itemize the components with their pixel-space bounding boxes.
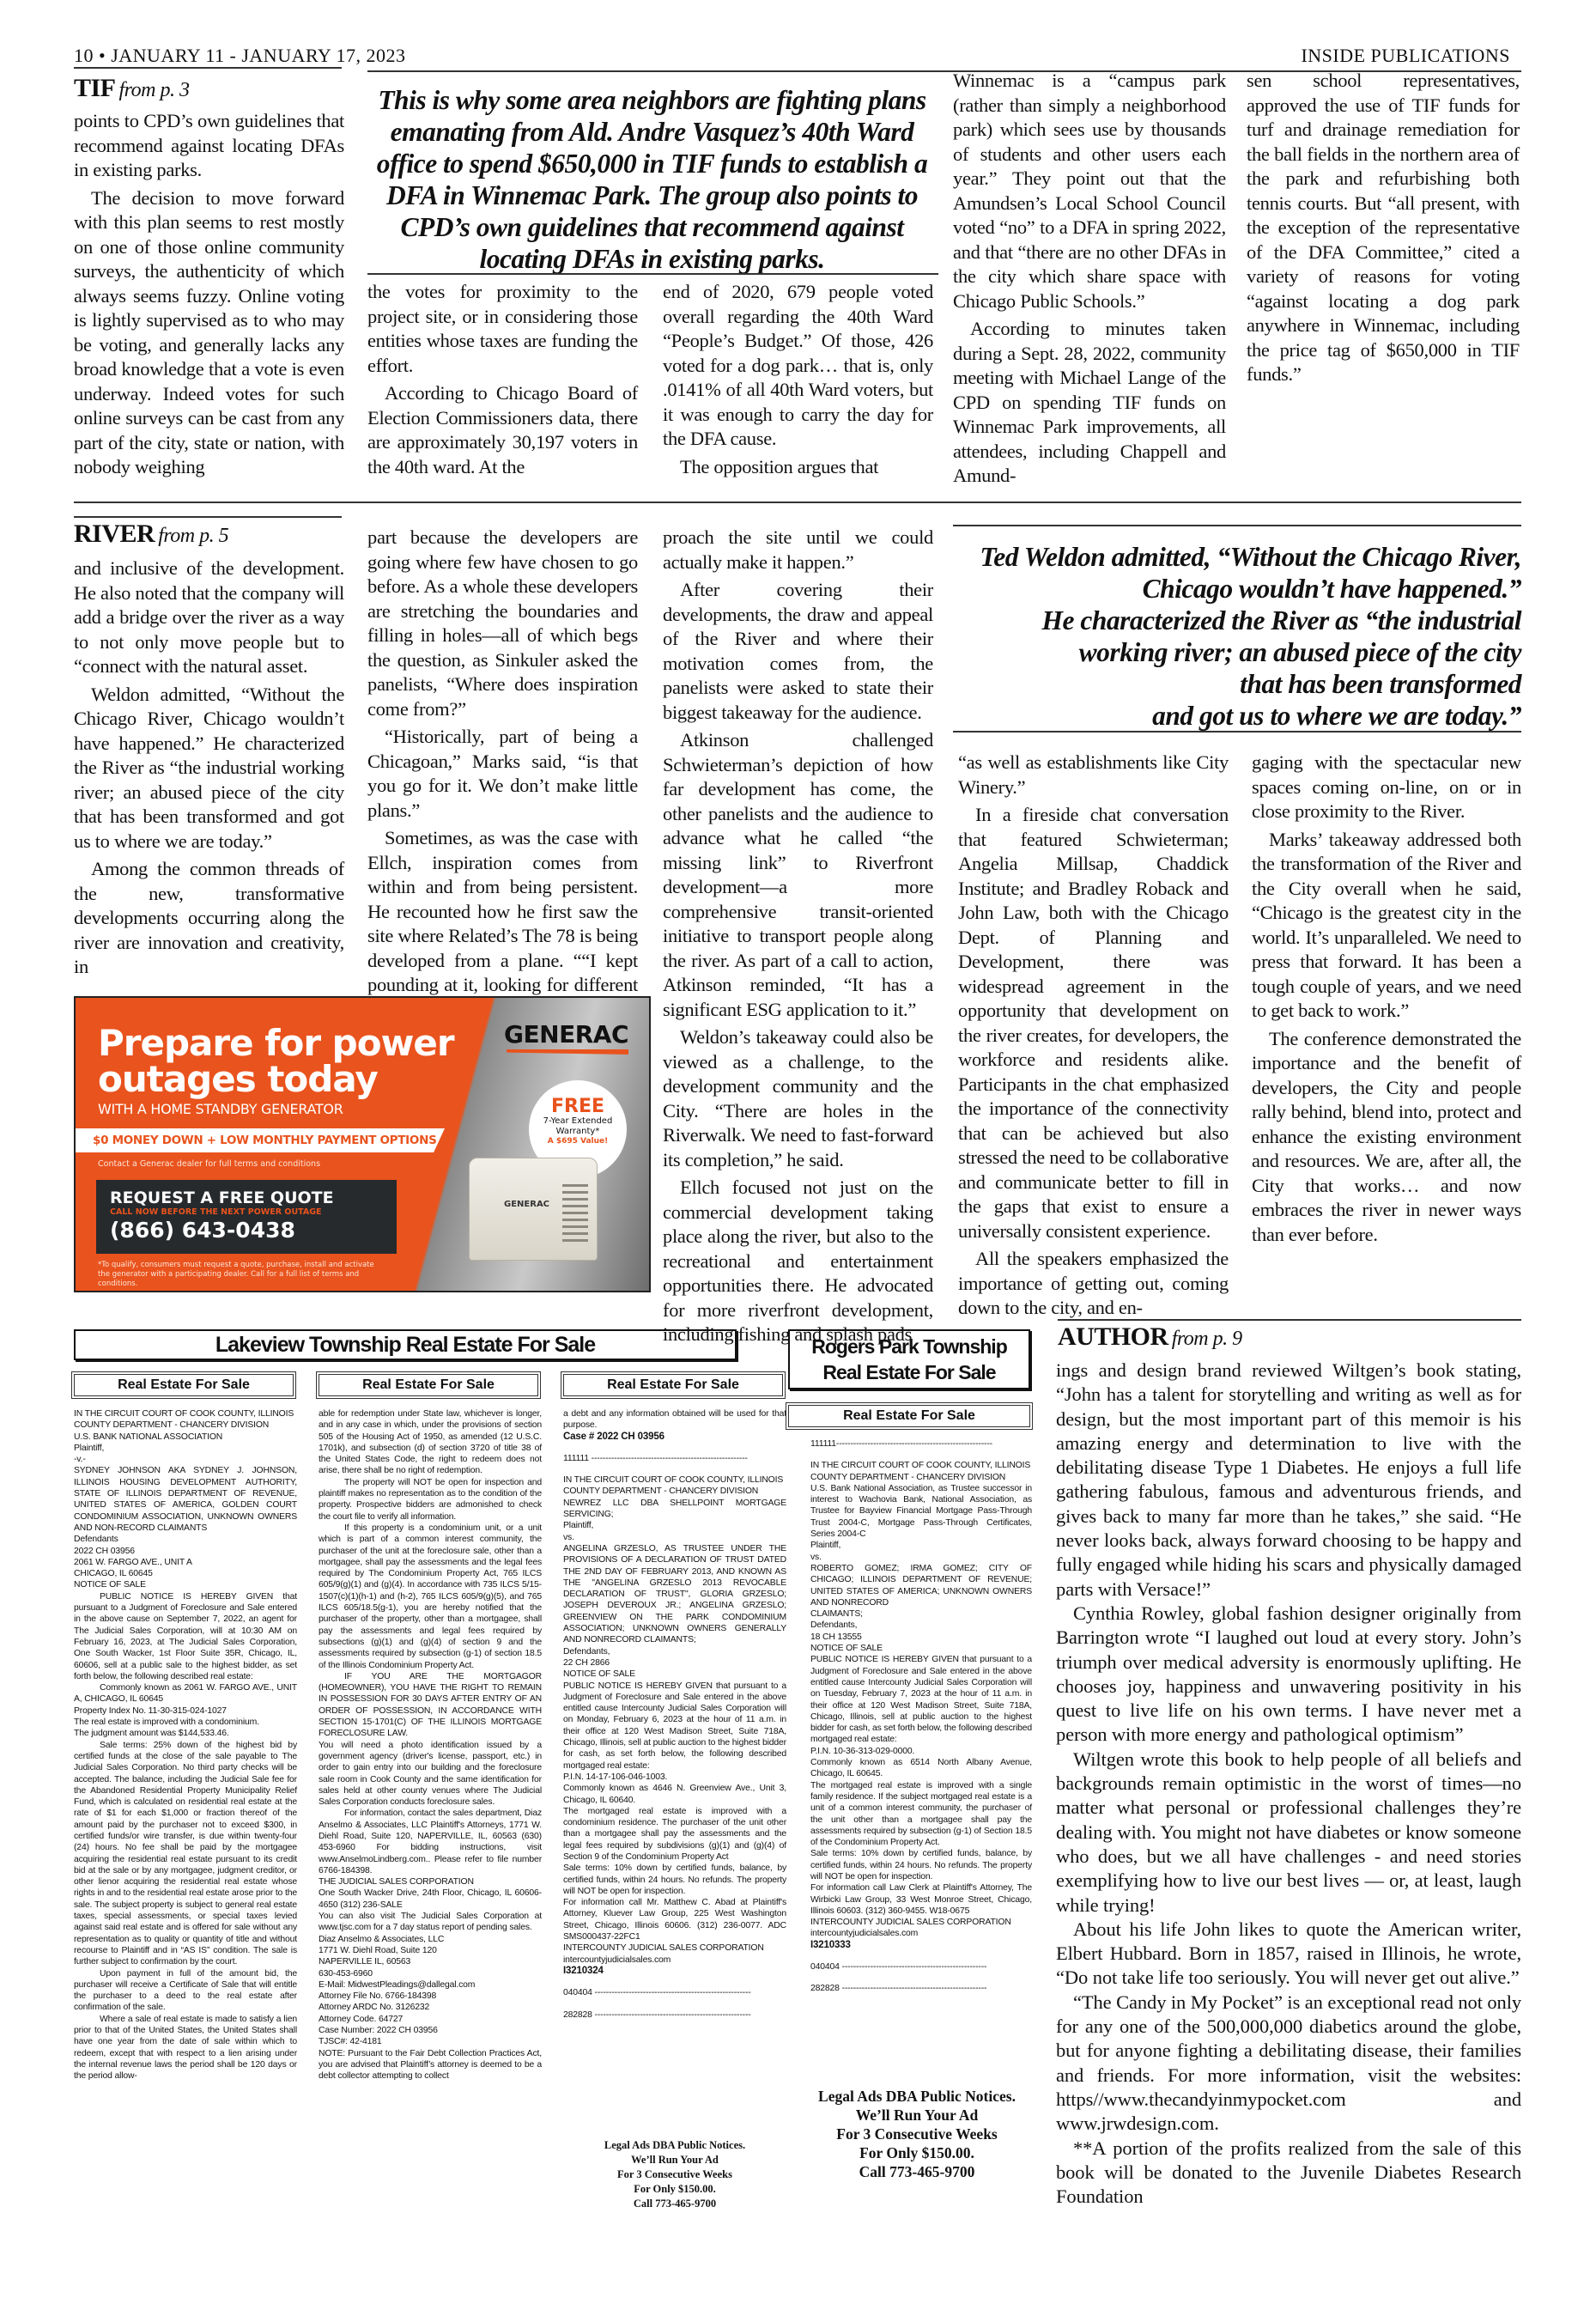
river-jump-label: RIVER [74, 520, 155, 548]
ad-quote-box[interactable]: REQUEST A FREE QUOTE CALL NOW BEFORE THE… [96, 1180, 397, 1254]
promo-phone[interactable]: Call 773-465-9700 [798, 2162, 1035, 2181]
lakeview-legal-ads-promo: Legal Ads DBA Public Notices. We’ll Run … [563, 2138, 786, 2211]
lakeview-notice-column-1: IN THE CIRCUIT COURT OF COOK COUNTY, ILL… [74, 1408, 297, 2082]
legal-line: PUBLIC NOTICE IS HEREBY GIVEN that pursu… [563, 1681, 786, 1772]
author-jump-head: AUTHORfrom p. 9 [1058, 1322, 1242, 1352]
legal-line: NOTICE OF SALE [810, 1643, 1032, 1654]
lakeview-section-title: Lakeview Township Real Estate For Sale [74, 1329, 737, 1360]
legal-line: E-Mail: MidwestPleadings@dallegal.com [319, 1979, 542, 1991]
separator-line: 111111----------------------------------… [810, 1438, 1032, 1450]
pull-quote-line: that has been transformed [953, 668, 1521, 700]
paragraph: the votes for proximity to the project s… [367, 280, 638, 378]
legal-line: Commonly known as 4646 N. Greenview Ave.… [563, 1783, 786, 1806]
separator-line: 282828 ---------------------------------… [563, 2009, 786, 2021]
legal-line: ROBERTO GOMEZ; IRMA GOMEZ; CITY OF CHICA… [810, 1563, 1032, 1608]
tif-column-4: Winnemac is a “campus park (rather than … [953, 69, 1226, 492]
promo-phone[interactable]: Call 773-465-9700 [563, 2197, 786, 2211]
ad-fine-print: *To qualify, consumers must request a qu… [98, 1261, 381, 1289]
tif-column-2: the votes for proximity to the project s… [367, 280, 638, 483]
legal-line: -v.- [74, 1454, 297, 1465]
legal-line: IN THE CIRCUIT COURT OF COOK COUNTY, ILL… [563, 1474, 786, 1486]
legal-line: Plaintiff, [74, 1443, 297, 1454]
generator-image-icon: GENERAC [469, 1158, 598, 1261]
paragraph: Cynthia Rowley, global fashion designer … [1056, 1602, 1521, 1748]
legal-line: If this property is a condominium unit, … [319, 1523, 542, 1671]
section-divider [74, 502, 1521, 503]
legal-line: Diaz Anselmo & Associates, LLC [319, 1934, 542, 1945]
paragraph: Weldon’s takeaway could also be viewed a… [663, 1025, 933, 1172]
legal-line: Property Index No. 11-30-315-024-1027 [74, 1705, 297, 1717]
paragraph: The decision to move forward with this p… [74, 186, 344, 480]
paragraph: Wiltgen wrote this book to help people o… [1056, 1748, 1521, 1918]
paragraph: The opposition argues that [663, 455, 933, 480]
legal-line: The judgment amount was $144,533.46. [74, 1728, 297, 1739]
river-column-2: part because the developers are going wh… [367, 526, 638, 1025]
river-head-rule [74, 516, 342, 518]
legal-line: THE JUDICIAL SALES CORPORATION [319, 1876, 542, 1888]
legal-line: Sale terms: 10% down by certified funds,… [563, 1863, 786, 1897]
paragraph: Weldon admitted, “Without the Chicago Ri… [74, 683, 344, 854]
legal-line: Commonly known as 6514 North Albany Aven… [810, 1757, 1032, 1780]
legal-line: intercountyjudicialsales.com [810, 1928, 1032, 1939]
legal-line: The real estate is improved with a condo… [74, 1717, 297, 1728]
burst-value: A $695 Value! [532, 1137, 623, 1146]
separator-line: 111111 ---------------------------------… [563, 1453, 786, 1464]
legal-line: Defendants, [563, 1646, 786, 1657]
ad-contact-note: Contact a Generac dealer for full terms … [98, 1159, 320, 1169]
separator-line: 282828 ---------------------------------… [810, 1983, 1032, 1994]
legal-line: PUBLIC NOTICE IS HEREBY GIVEN that pursu… [74, 1591, 297, 1682]
ad-cta-title: REQUEST A FREE QUOTE [110, 1188, 383, 1207]
legal-line: SYDNEY JOHNSON AKA SYDNEY J. JOHNSON, IL… [74, 1465, 297, 1534]
legal-line: For information, contact the sales depar… [319, 1808, 542, 1876]
notice-id: I3210333 [810, 1940, 1032, 1951]
ad-financing-banner: $0 MONEY DOWN + LOW MONTHLY PAYMENT OPTI… [76, 1128, 445, 1152]
lakeview-subtitle-1: Real Estate For Sale [74, 1374, 294, 1396]
legal-line: Plaintiff, [810, 1540, 1032, 1551]
legal-line: P.I.N. 14-17-106-046-1003. [563, 1772, 786, 1783]
legal-line: Defendants, [810, 1620, 1032, 1631]
legal-line: INTERCOUNTY JUDICIAL SALES CORPORATION [563, 1942, 786, 1954]
promo-line: Legal Ads DBA Public Notices. [798, 2087, 1035, 2106]
paragraph: part because the developers are going wh… [367, 526, 638, 721]
legal-line: Attorney Code. 64727 [319, 2014, 542, 2025]
pull-quote-line: working river; an abused piece of the ci… [953, 636, 1521, 668]
legal-line: Sale terms: 10% down by certified funds,… [810, 1848, 1032, 1882]
ad-phone[interactable]: (866) 643-0438 [110, 1218, 383, 1243]
legal-line: CHICAGO, IL 60645 [74, 1568, 297, 1579]
legal-line: COUNTY DEPARTMENT - CHANCERY DIVISION [563, 1486, 786, 1497]
tif-jump-from: from p. 3 [119, 79, 190, 101]
paragraph: Ellch focused not just on the commercial… [663, 1176, 933, 1347]
ad-headline: Prepare for power outages today [98, 1025, 454, 1097]
tif-column-5: sen school representatives, approved the… [1247, 69, 1520, 391]
paragraph: “The Candy in My Pocket” is an exception… [1056, 1991, 1521, 2137]
paragraph: According to Chicago Board of Election C… [367, 381, 638, 479]
legal-line: For information call Law Clerk at Plaint… [810, 1882, 1032, 1917]
paragraph: The conference demonstrated the importan… [1252, 1027, 1521, 1248]
author-head-rule [1058, 1319, 1521, 1321]
pull-quote-line: Ted Weldon admitted, “Without the Chicag… [953, 541, 1521, 573]
lakeview-subtitle-2: Real Estate For Sale [319, 1374, 538, 1396]
paragraph: gaging with the spectacular new spaces c… [1252, 751, 1521, 824]
generator-label: GENERAC [504, 1200, 549, 1209]
legal-line: able for redemption under State law, whi… [319, 1408, 542, 1477]
pull-quote-rule [367, 273, 938, 275]
promo-line: We’ll Run Your Ad [563, 2153, 786, 2167]
legal-line: One South Wacker Drive, 24th Floor, Chic… [319, 1888, 542, 1911]
spacer [810, 1450, 1032, 1460]
spacer [563, 1999, 786, 2009]
paragraph: “as well as establishments like City Win… [958, 751, 1229, 799]
lakeview-subtitle-3: Real Estate For Sale [563, 1374, 783, 1396]
rogers-park-subtitle: Real Estate For Sale [788, 1405, 1030, 1427]
paragraph: Marks’ takeaway addressed both the trans… [1252, 828, 1521, 1024]
generac-advertisement[interactable]: Prepare for power outages today WITH A H… [74, 996, 651, 1292]
tif-jump-head: TIFfrom p. 3 [74, 74, 189, 103]
header-rule-left [74, 67, 342, 69]
title-line: Rogers Park Township [790, 1334, 1029, 1359]
legal-line: COUNTY DEPARTMENT - CHANCERY DIVISION [810, 1472, 1032, 1483]
paragraph: proach the site until we could actually … [663, 526, 933, 574]
promo-line: For Only $150.00. [563, 2182, 786, 2197]
burst-line: 7-Year Extended [532, 1116, 623, 1127]
spacer [563, 1977, 786, 1987]
legal-line: NAPERVILLE IL, 60563 [319, 1956, 542, 1967]
rogers-park-notice-column: 111111----------------------------------… [810, 1438, 1032, 1995]
legal-line: NOTICE OF SALE [74, 1579, 297, 1590]
legal-line: Upon payment in full of the amount bid, … [74, 1968, 297, 2014]
legal-line: 22 CH 2866 [563, 1657, 786, 1669]
legal-line: U.S. BANK NATIONAL ASSOCIATION [74, 1432, 297, 1443]
legal-line: 630-453-6960 [319, 1968, 542, 1979]
pull-quote-line: He characterized the River as “the indus… [953, 605, 1521, 636]
legal-line: NOTICE OF SALE [563, 1669, 786, 1680]
legal-line: vs. [810, 1552, 1032, 1563]
separator-line: 040404 ---------------------------------… [563, 1987, 786, 1998]
author-jump-from: from p. 9 [1172, 1328, 1242, 1350]
burst-line: Warranty* [532, 1127, 623, 1137]
author-jump-label: AUTHOR [1058, 1322, 1168, 1351]
paragraph: “Historically, part of being a Chicagoan… [367, 725, 638, 823]
paragraph: After covering their developments, the d… [663, 578, 933, 725]
promo-line: Legal Ads DBA Public Notices. [563, 2138, 786, 2153]
author-article-body: ings and design brand reviewed Wiltgen’s… [1056, 1359, 1521, 2209]
paragraph: sen school representatives, approved the… [1247, 69, 1520, 387]
tif-pull-quote: This is why some area neighbors are figh… [371, 84, 933, 275]
legal-line: The mortgaged real estate is improved wi… [810, 1780, 1032, 1849]
legal-line: IN THE CIRCUIT COURT OF COOK COUNTY, ILL… [810, 1460, 1032, 1471]
page-folio: 10 • JANUARY 11 - JANUARY 17, 2023 [74, 45, 406, 67]
publication-name: INSIDE PUBLICATIONS [1301, 45, 1510, 67]
spacer [810, 1973, 1032, 1983]
paragraph: end of 2020, 679 people voted overall re… [663, 280, 933, 452]
paragraph: Winnemac is a “campus park (rather than … [953, 69, 1226, 313]
paragraph: According to minutes taken during a Sept… [953, 317, 1226, 489]
legal-line: You will need a photo identification iss… [319, 1740, 542, 1809]
legal-line: For information call Mr. Matthew C. Abad… [563, 1897, 786, 1942]
legal-line: Defendants [74, 1534, 297, 1545]
legal-line: Case Number: 2022 CH 03956 [319, 2025, 542, 2036]
generac-logo: GENERAC [504, 1020, 628, 1049]
legal-line: IN THE CIRCUIT COURT OF COOK COUNTY, ILL… [74, 1408, 297, 1419]
pull-quote-line: Chicago wouldn’t have happened.” [953, 573, 1521, 605]
tif-jump-label: TIF [74, 74, 116, 102]
spacer [563, 1443, 786, 1453]
ad-headline-line: Prepare for power [98, 1025, 454, 1061]
river-column-1: and inclusive of the development. He als… [74, 556, 344, 983]
legal-line: The property will NOT be open for inspec… [319, 1477, 542, 1523]
paragraph: and inclusive of the development. He als… [74, 556, 344, 679]
lakeview-notice-column-2: able for redemption under State law, whi… [319, 1408, 542, 2082]
spacer [563, 1464, 786, 1474]
rogers-park-section-title: Rogers Park Township Real Estate For Sal… [788, 1329, 1030, 1389]
legal-line: intercountyjudicialsales.com [563, 1954, 786, 1966]
paragraph: points to CPD’s own guidelines that reco… [74, 109, 344, 183]
legal-line: 18 CH 13555 [810, 1632, 1032, 1643]
legal-line: Sale terms: 25% down of the highest bid … [74, 1740, 297, 1968]
promo-line: We’ll Run Your Ad [798, 2106, 1035, 2125]
river-quote-rule-top [953, 525, 1521, 526]
legal-line: COUNTY DEPARTMENT - CHANCERY DIVISION [74, 1419, 297, 1431]
paragraph: ings and design brand reviewed Wiltgen’s… [1056, 1359, 1521, 1602]
legal-line: PUBLIC NOTICE IS HEREBY GIVEN that pursu… [810, 1654, 1032, 1745]
ad-subhead: WITH A HOME STANDBY GENERATOR [98, 1101, 343, 1117]
paragraph: All the speakers emphasized the importan… [958, 1247, 1229, 1321]
case-number: Case # 2022 CH 03956 [563, 1432, 786, 1443]
legal-line: vs. [563, 1532, 786, 1543]
logo-underline-icon [507, 1049, 628, 1055]
ad-headline-line: outages today [98, 1061, 454, 1097]
paragraph: **A portion of the profits realized from… [1056, 2137, 1521, 2210]
legal-line: P.I.N. 10-36-313-029-0000. [810, 1746, 1032, 1757]
pull-quote-line: and got us to where we are today.” [953, 700, 1521, 732]
tif-column-3: end of 2020, 679 people voted overall re… [663, 280, 933, 483]
river-pull-quote: Ted Weldon admitted, “Without the Chicag… [953, 541, 1521, 732]
legal-line: 2061 W. FARGO AVE., UNIT A [74, 1557, 297, 1568]
promo-line: For 3 Consecutive Weeks [798, 2125, 1035, 2143]
legal-line: Attorney ARDC No. 3126232 [319, 2002, 542, 2013]
spacer [810, 1951, 1032, 1961]
paragraph: In a fireside chat conversation that fea… [958, 803, 1229, 1243]
generator-vents-icon [562, 1184, 588, 1244]
title-line: Real Estate For Sale [790, 1359, 1029, 1385]
river-jump-from: from p. 5 [158, 525, 228, 547]
separator-line: 040404 ---------------------------------… [810, 1961, 1032, 1973]
paragraph: Sometimes, as was the case with Ellch, i… [367, 826, 638, 1022]
legal-line: 1771 W. Diehl Road, Suite 120 [319, 1945, 542, 1956]
ad-banner-text: $0 MONEY DOWN + LOW MONTHLY PAYMENT OPTI… [76, 1128, 445, 1152]
paragraph: Atkinson challenged Schwieterman’s depic… [663, 728, 933, 1022]
river-column-4: “as well as establishments like City Win… [958, 751, 1229, 1324]
legal-line: The mortgaged real estate is improved wi… [563, 1806, 786, 1863]
legal-line: ANGELINA GRZESLO, AS TRUSTEE UNDER THE P… [563, 1543, 786, 1646]
river-jump-head: RIVERfrom p. 5 [74, 520, 228, 549]
legal-line: a debt and any information obtained will… [563, 1408, 786, 1432]
river-column-3: proach the site until we could actually … [663, 526, 933, 1351]
legal-line: 2022 CH 03956 [74, 1546, 297, 1557]
paragraph: About his life John likes to quote the A… [1056, 1918, 1521, 1991]
paragraph: Among the common threads of the new, tra… [74, 857, 344, 980]
notice-id: I3210324 [563, 1966, 786, 1977]
river-quote-rule-bottom [953, 731, 1521, 733]
ad-cta-sub: CALL NOW BEFORE THE NEXT POWER OUTAGE [110, 1207, 383, 1218]
legal-line: Attorney File No. 6766-184398 [319, 1991, 542, 2002]
legal-line: NEWREZ LLC DBA SHELLPOINT MORTGAGE SERVI… [563, 1498, 786, 1521]
legal-line: IF YOU ARE THE MORTGAGOR (HOMEOWNER), YO… [319, 1671, 542, 1740]
tif-column-1: points to CPD’s own guidelines that reco… [74, 109, 344, 483]
rogers-park-legal-ads-promo: Legal Ads DBA Public Notices. We’ll Run … [798, 2087, 1035, 2181]
legal-line: INTERCOUNTY JUDICIAL SALES CORPORATION [810, 1917, 1032, 1928]
legal-line: Where a sale of real estate is made to s… [74, 2014, 297, 2082]
legal-line: You can also visit The Judicial Sales Co… [319, 1911, 542, 1934]
burst-free: FREE [532, 1097, 623, 1116]
lakeview-notice-column-3: a debt and any information obtained will… [563, 1408, 786, 2021]
legal-line: CLAIMANTS; [810, 1608, 1032, 1620]
legal-line: NOTE: Pursuant to the Fair Debt Collecti… [319, 2048, 542, 2082]
river-column-5: gaging with the spectacular new spaces c… [1252, 751, 1521, 1250]
promo-line: For Only $150.00. [798, 2143, 1035, 2162]
promo-line: For 3 Consecutive Weeks [563, 2167, 786, 2182]
legal-line: U.S. Bank National Association, as Trust… [810, 1483, 1032, 1540]
legal-line: TJSC#: 42-4181 [319, 2036, 542, 2047]
legal-line: Commonly known as 2061 W. FARGO AVE., UN… [74, 1682, 297, 1705]
legal-line: Plaintiff, [563, 1520, 786, 1531]
